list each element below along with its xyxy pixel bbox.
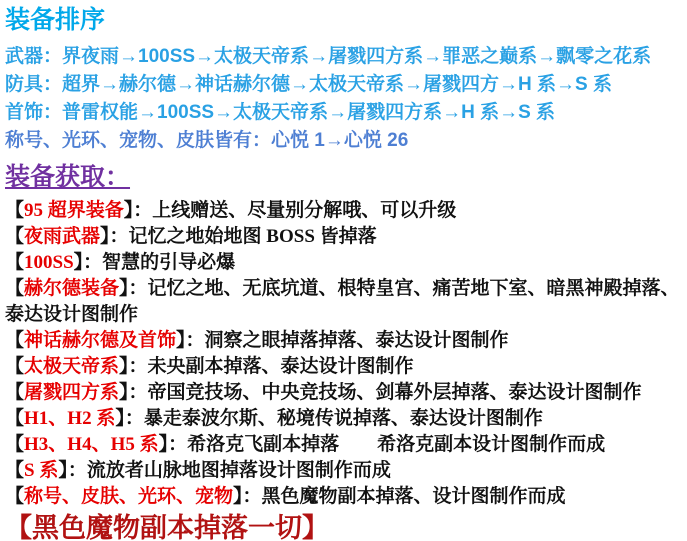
bracket-close: 】：	[119, 382, 148, 403]
acquire-item-name: 100SS	[24, 252, 74, 273]
acquire-item-name: 95 超界装备	[24, 200, 124, 221]
acquire-item-desc: 智慧的引导必爆	[102, 252, 235, 273]
bracket-close: 】：	[233, 486, 262, 507]
acquire-item-name: S 系	[24, 460, 58, 481]
bracket-open: 【	[5, 460, 24, 481]
acquire-list: 【95 超界装备】：上线赠送、尽量别分解哦、可以升级【夜雨武器】：记忆之地始地图…	[5, 198, 685, 510]
acquire-item-desc: 记忆之地始地图 BOSS 皆掉落	[129, 226, 377, 247]
acquire-item-desc: 帝国竞技场、中央竞技场、剑幕外层掉落、泰达设计图制作	[148, 382, 642, 403]
acquire-item-desc: 希洛克飞副本掉落 希洛克副本设计图制作而成	[187, 434, 605, 455]
acquire-item-desc: 洞察之眼掉落掉落、泰达设计图制作	[205, 330, 509, 351]
acquire-item-name: H1、H2 系	[24, 408, 115, 429]
acquire-item-desc: 暴走泰波尔斯、秘境传说掉落、泰达设计图制作	[144, 408, 543, 429]
acquire-item-desc: 流放者山脉地图掉落设计图制作而成	[87, 460, 391, 481]
acquire-item-desc: 上线赠送、尽量别分解哦、可以升级	[152, 200, 456, 221]
acquire-item-10: 【称号、皮肤、光环、宠物】：黑色魔物副本掉落、设计图制作而成	[5, 484, 685, 510]
sort-line-content: 普雷权能→100SS→太极天帝系→屠戮四方系→H 系→S 系	[62, 102, 555, 123]
bracket-close: 】：	[124, 200, 153, 221]
bracket-close: 】：	[176, 330, 205, 351]
acquire-item-6: 【屠戮四方系】：帝国竞技场、中央竞技场、剑幕外层掉落、泰达设计图制作	[5, 380, 685, 406]
sort-line-label: 首饰：	[5, 102, 62, 123]
sort-line-label: 称号、光环、宠物、皮肤皆有：	[5, 130, 271, 151]
acquire-item-name: 称号、皮肤、光环、宠物	[24, 486, 233, 507]
bracket-close: 】：	[74, 252, 103, 273]
equipment-guide-document: 装备排序 武器：界夜雨→100SS→太极天帝系→屠戮四方系→罪恶之巅系→飘零之花…	[5, 5, 685, 541]
sort-line-2: 首饰：普雷权能→100SS→太极天帝系→屠戮四方系→H 系→S 系	[5, 99, 685, 127]
acquire-item-name: 赫尔德装备	[24, 278, 119, 299]
acquire-item-5: 【太极天帝系】：未央副本掉落、泰达设计图制作	[5, 354, 685, 380]
bracket-close: 】：	[119, 278, 148, 299]
bracket-open: 【	[5, 434, 24, 455]
bracket-close: 】：	[159, 434, 188, 455]
acquire-item-9: 【S 系】：流放者山脉地图掉落设计图制作而成	[5, 458, 685, 484]
footer-banner: 【黑色魔物副本掉落一切】	[5, 512, 685, 541]
sort-line-content: 超界→赫尔德→神话赫尔德→太极天帝系→屠戮四方→H 系→S 系	[62, 74, 612, 95]
acquire-item-8: 【H3、H4、H5 系】：希洛克飞副本掉落 希洛克副本设计图制作而成	[5, 432, 685, 458]
acquire-item-name: 夜雨武器	[24, 226, 100, 247]
acquire-item-3: 【赫尔德装备】：记忆之地、无底坑道、根特皇宫、痛苦地下室、暗黑神殿掉落、泰达设计…	[5, 276, 685, 328]
bracket-open: 【	[5, 408, 24, 429]
bracket-open: 【	[5, 278, 24, 299]
acquire-item-4: 【神话赫尔德及首饰】：洞察之眼掉落掉落、泰达设计图制作	[5, 328, 685, 354]
acquire-item-name: 屠戮四方系	[24, 382, 119, 403]
sort-line-label: 防具：	[5, 74, 62, 95]
acquire-item-name: H3、H4、H5 系	[24, 434, 159, 455]
bracket-close: 】：	[100, 226, 129, 247]
acquire-item-7: 【H1、H2 系】：暴走泰波尔斯、秘境传说掉落、泰达设计图制作	[5, 406, 685, 432]
bracket-open: 【	[5, 382, 24, 403]
sort-line-1: 防具：超界→赫尔德→神话赫尔德→太极天帝系→屠戮四方→H 系→S 系	[5, 71, 685, 99]
bracket-open: 【	[5, 252, 24, 273]
bracket-open: 【	[5, 226, 24, 247]
sort-lines: 武器：界夜雨→100SS→太极天帝系→屠戮四方系→罪恶之巅系→飘零之花系防具：超…	[5, 43, 685, 155]
bracket-close: 】：	[115, 408, 144, 429]
acquire-section-title: 装备获取：	[5, 163, 130, 193]
acquire-item-desc: 黑色魔物副本掉落、设计图制作而成	[262, 486, 566, 507]
bracket-open: 【	[5, 200, 24, 221]
sort-line-content: 界夜雨→100SS→太极天帝系→屠戮四方系→罪恶之巅系→飘零之花系	[62, 46, 651, 67]
sort-line-content: 心悦 1→心悦 26	[271, 130, 408, 151]
sort-line-3: 称号、光环、宠物、皮肤皆有：心悦 1→心悦 26	[5, 127, 685, 155]
acquire-item-1: 【夜雨武器】：记忆之地始地图 BOSS 皆掉落	[5, 224, 685, 250]
sort-line-label: 武器：	[5, 46, 62, 67]
acquire-item-name: 神话赫尔德及首饰	[24, 330, 176, 351]
acquire-item-0: 【95 超界装备】：上线赠送、尽量别分解哦、可以升级	[5, 198, 685, 224]
bracket-close: 】：	[119, 356, 148, 377]
sort-section-title: 装备排序	[5, 5, 685, 35]
acquire-item-name: 太极天帝系	[24, 356, 119, 377]
bracket-close: 】：	[58, 460, 87, 481]
sort-line-0: 武器：界夜雨→100SS→太极天帝系→屠戮四方系→罪恶之巅系→飘零之花系	[5, 43, 685, 71]
acquire-item-desc: 未央副本掉落、泰达设计图制作	[148, 356, 414, 377]
bracket-open: 【	[5, 356, 24, 377]
bracket-open: 【	[5, 330, 24, 351]
bracket-open: 【	[5, 486, 24, 507]
acquire-item-2: 【100SS】：智慧的引导必爆	[5, 250, 685, 276]
